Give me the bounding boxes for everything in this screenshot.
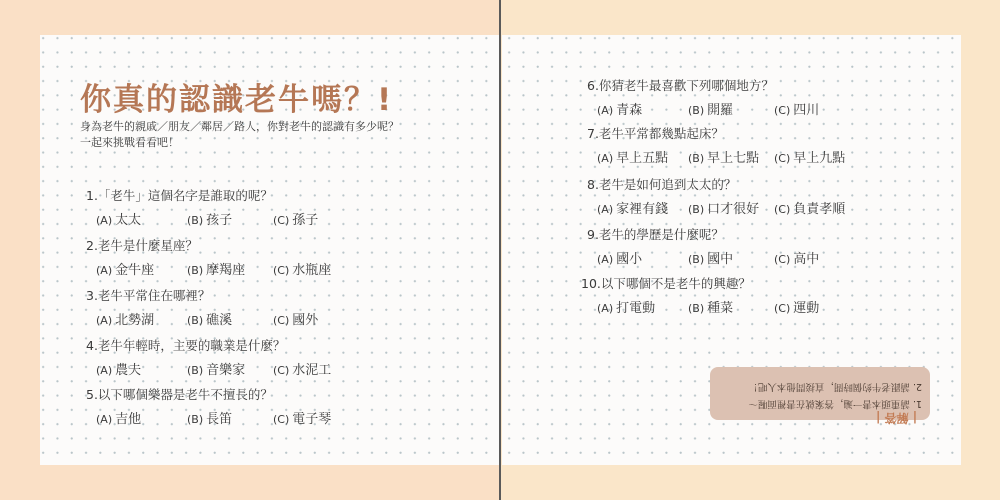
intro-text: 身為老牛的親戚／朋友／鄰居／路人，你對老牛的認識有多少呢？ 一起來挑戰看看吧！ <box>80 119 399 151</box>
option-c: (C)負責孝順 <box>774 199 845 221</box>
question-text: 5.以下哪個樂器是老牛不擅長的？ <box>86 385 273 405</box>
question-text: 6.你猜老牛最喜歡下列哪個地方？ <box>587 76 774 96</box>
question-text: 2.老牛是什麼星座？ <box>86 236 198 256</box>
question-text: 4.老牛年輕時，主要的職業是什麼？ <box>86 336 285 356</box>
question-1: 1.「老牛」這個名字是誰取的呢？ (A)太太 (B)孩子 (C)孫子 <box>86 186 273 232</box>
question-3: 3.老牛平常住在哪裡？ (A)北勢湖 (B)礁溪 (C)國外 <box>86 286 210 332</box>
option-a: (A)北勢湖 <box>96 310 154 332</box>
option-b: (B)長笛 <box>187 409 232 431</box>
option-b: (B)孩子 <box>187 210 232 232</box>
options: (A)國小 (B)國中 (C)高中 <box>587 249 724 271</box>
option-b: (B)種菜 <box>688 298 733 320</box>
answer-lines: 1. 請重頭本書一遍，答案就在書裡面喔～ 2. 請跟老牛約個時間，直接問他本人吧… <box>748 378 922 412</box>
option-b: (B)國中 <box>688 249 733 271</box>
options: (A)農夫 (B)音樂家 (C)水泥工 <box>86 360 285 382</box>
option-c: (C)早上九點 <box>774 148 845 170</box>
option-a: (A)早上五點 <box>597 148 668 170</box>
option-a: (A)金牛座 <box>96 260 154 282</box>
option-b: (B)摩羯座 <box>187 260 245 282</box>
option-c: (C)水瓶座 <box>273 260 331 282</box>
option-a: (A)打電動 <box>597 298 655 320</box>
options: (A)青森 (B)開羅 (C)四川 <box>587 100 774 122</box>
question-9: 9.老牛的學歷是什麼呢？ (A)國小 (B)國中 (C)高中 <box>587 225 724 271</box>
question-text: 9.老牛的學歷是什麼呢？ <box>587 225 724 245</box>
question-2: 2.老牛是什麼星座？ (A)金牛座 (B)摩羯座 (C)水瓶座 <box>86 236 198 282</box>
option-b: (B)開羅 <box>688 100 733 122</box>
intro-line: 一起來挑戰看看吧！ <box>80 135 399 151</box>
options: (A)早上五點 (B)早上七點 (C)早上九點 <box>587 148 724 170</box>
options: (A)金牛座 (B)摩羯座 (C)水瓶座 <box>86 260 198 282</box>
option-b: (B)礁溪 <box>187 310 232 332</box>
question-8: 8.老牛是如何追到太太的？ (A)家裡有錢 (B)口才很好 (C)負責孝順 <box>587 175 736 221</box>
options: (A)打電動 (B)種菜 (C)運動 <box>581 298 751 320</box>
question-4: 4.老牛年輕時，主要的職業是什麼？ (A)農夫 (B)音樂家 (C)水泥工 <box>86 336 285 382</box>
option-c: (C)電子琴 <box>273 409 331 431</box>
option-c: (C)水泥工 <box>273 360 331 382</box>
option-c: (C)國外 <box>273 310 318 332</box>
option-a: (A)太太 <box>96 210 141 232</box>
options: (A)太太 (B)孩子 (C)孫子 <box>86 210 273 232</box>
option-c: (C)運動 <box>774 298 819 320</box>
question-text: 10.以下哪個不是老牛的興趣？ <box>581 274 751 294</box>
question-text: 1.「老牛」這個名字是誰取的呢？ <box>86 186 273 206</box>
answer-line: 2. 請跟老牛約個時間，直接問他本人吧！ <box>748 378 922 395</box>
option-a: (A)青森 <box>597 100 642 122</box>
option-a: (A)國小 <box>597 249 642 271</box>
option-a: (A)農夫 <box>96 360 141 382</box>
question-text: 3.老牛平常住在哪裡？ <box>86 286 210 306</box>
question-7: 7.老牛平常都幾點起床？ (A)早上五點 (B)早上七點 (C)早上九點 <box>587 124 724 170</box>
option-a: (A)吉他 <box>96 409 141 431</box>
option-c: (C)高中 <box>774 249 819 271</box>
options: (A)家裡有錢 (B)口才很好 (C)負責孝順 <box>587 199 736 221</box>
question-text: 7.老牛平常都幾點起床？ <box>587 124 724 144</box>
option-a: (A)家裡有錢 <box>597 199 668 221</box>
option-b: (B)口才很好 <box>688 199 759 221</box>
question-6: 6.你猜老牛最喜歡下列哪個地方？ (A)青森 (B)開羅 (C)四川 <box>587 76 774 122</box>
page-title: 你真的認識老牛嗎？! <box>80 74 393 119</box>
answer-label: | 解答 | <box>876 410 917 427</box>
options: (A)吉他 (B)長笛 (C)電子琴 <box>86 409 273 431</box>
book-spine <box>499 0 501 500</box>
question-5: 5.以下哪個樂器是老牛不擅長的？ (A)吉他 (B)長笛 (C)電子琴 <box>86 385 273 431</box>
intro-line: 身為老牛的親戚／朋友／鄰居／路人，你對老牛的認識有多少呢？ <box>80 119 399 135</box>
question-10: 10.以下哪個不是老牛的興趣？ (A)打電動 (B)種菜 (C)運動 <box>581 274 751 320</box>
question-text: 8.老牛是如何追到太太的？ <box>587 175 736 195</box>
options: (A)北勢湖 (B)礁溪 (C)國外 <box>86 310 210 332</box>
option-b: (B)早上七點 <box>688 148 759 170</box>
option-c: (C)孫子 <box>273 210 318 232</box>
option-b: (B)音樂家 <box>187 360 245 382</box>
option-c: (C)四川 <box>774 100 819 122</box>
